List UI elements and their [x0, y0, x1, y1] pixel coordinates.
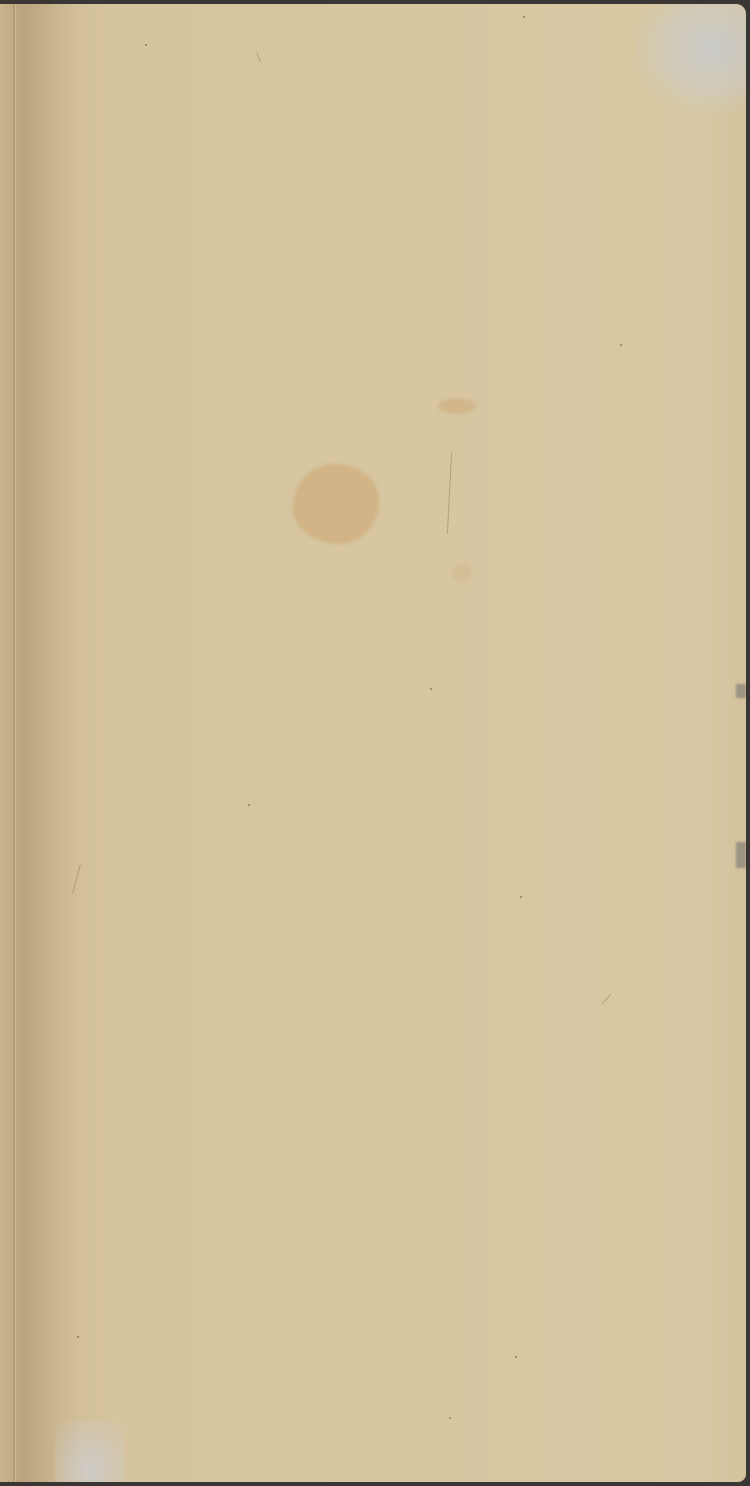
speck	[515, 1356, 517, 1358]
scan-background	[0, 0, 750, 1486]
speck	[449, 1417, 451, 1419]
hairline-crease	[447, 452, 452, 534]
speck	[523, 16, 525, 18]
blank-page	[0, 4, 746, 1482]
speck	[430, 688, 432, 690]
small-stain	[438, 398, 476, 414]
edge-wear	[736, 842, 746, 868]
speck	[145, 44, 147, 46]
binding-edge	[13, 4, 15, 1482]
faded-corner-patch	[636, 4, 746, 114]
bottom-wear	[55, 1422, 125, 1482]
binding-shadow	[16, 4, 86, 1482]
speck	[77, 1336, 79, 1338]
speck	[248, 804, 250, 806]
faint-stain	[452, 564, 472, 582]
edge-wear	[736, 684, 746, 698]
hairline-crease	[256, 52, 260, 62]
speck	[620, 344, 622, 346]
speck	[520, 896, 522, 898]
hairline-crease	[602, 993, 612, 1004]
central-stain	[293, 464, 379, 544]
